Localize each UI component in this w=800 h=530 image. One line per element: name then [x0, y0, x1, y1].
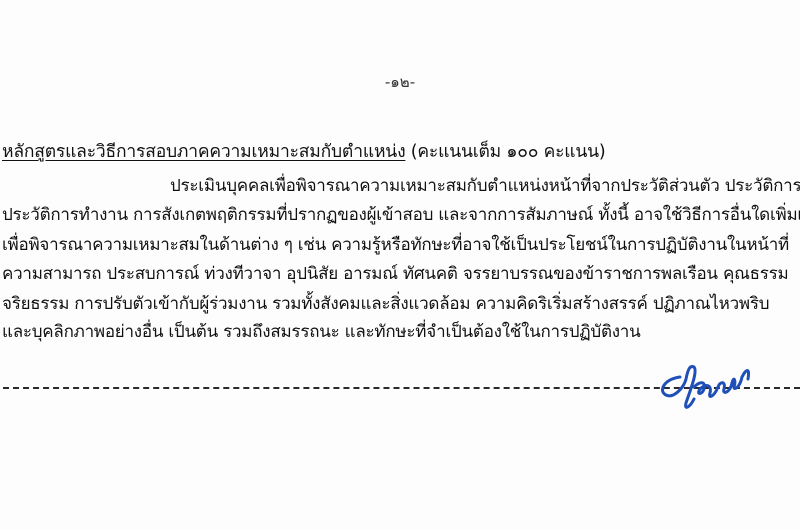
- paragraph-line: ประวัติการทำงาน การสังเกตพฤติกรรมที่ปราก…: [2, 201, 800, 228]
- paragraph-line: ประเมินบุคคลเพื่อพิจารณาความเหมาะสมกับตำ…: [170, 172, 800, 199]
- document-page: -๑๒- หลักสูตรและวิธีการสอบภาคความเหมาะสม…: [0, 0, 800, 530]
- heading-title: หลักสูตรและวิธีการสอบภาคความเหมาะสมกับตำ…: [2, 142, 405, 162]
- page-number: -๑๒-: [0, 70, 800, 94]
- paragraph-line: จริยธรรม การปรับตัวเข้ากับผู้ร่วมงาน รวม…: [2, 290, 769, 317]
- section-heading: หลักสูตรและวิธีการสอบภาคความเหมาะสมกับตำ…: [2, 137, 606, 165]
- paragraph-line: และบุคลิกภาพอย่างอื่น เป็นต้น รวมถึงสมรร…: [2, 318, 640, 345]
- heading-score: (คะแนนเต็ม ๑๐๐ คะแนน): [405, 142, 605, 162]
- signature-icon: [650, 357, 770, 417]
- paragraph-line: ความสามารถ ประสบการณ์ ท่วงทีวาจา อุปนิสั…: [2, 260, 788, 287]
- paragraph-line: เพื่อพิจารณาความเหมาะสมในด้านต่าง ๆ เช่น…: [2, 231, 789, 258]
